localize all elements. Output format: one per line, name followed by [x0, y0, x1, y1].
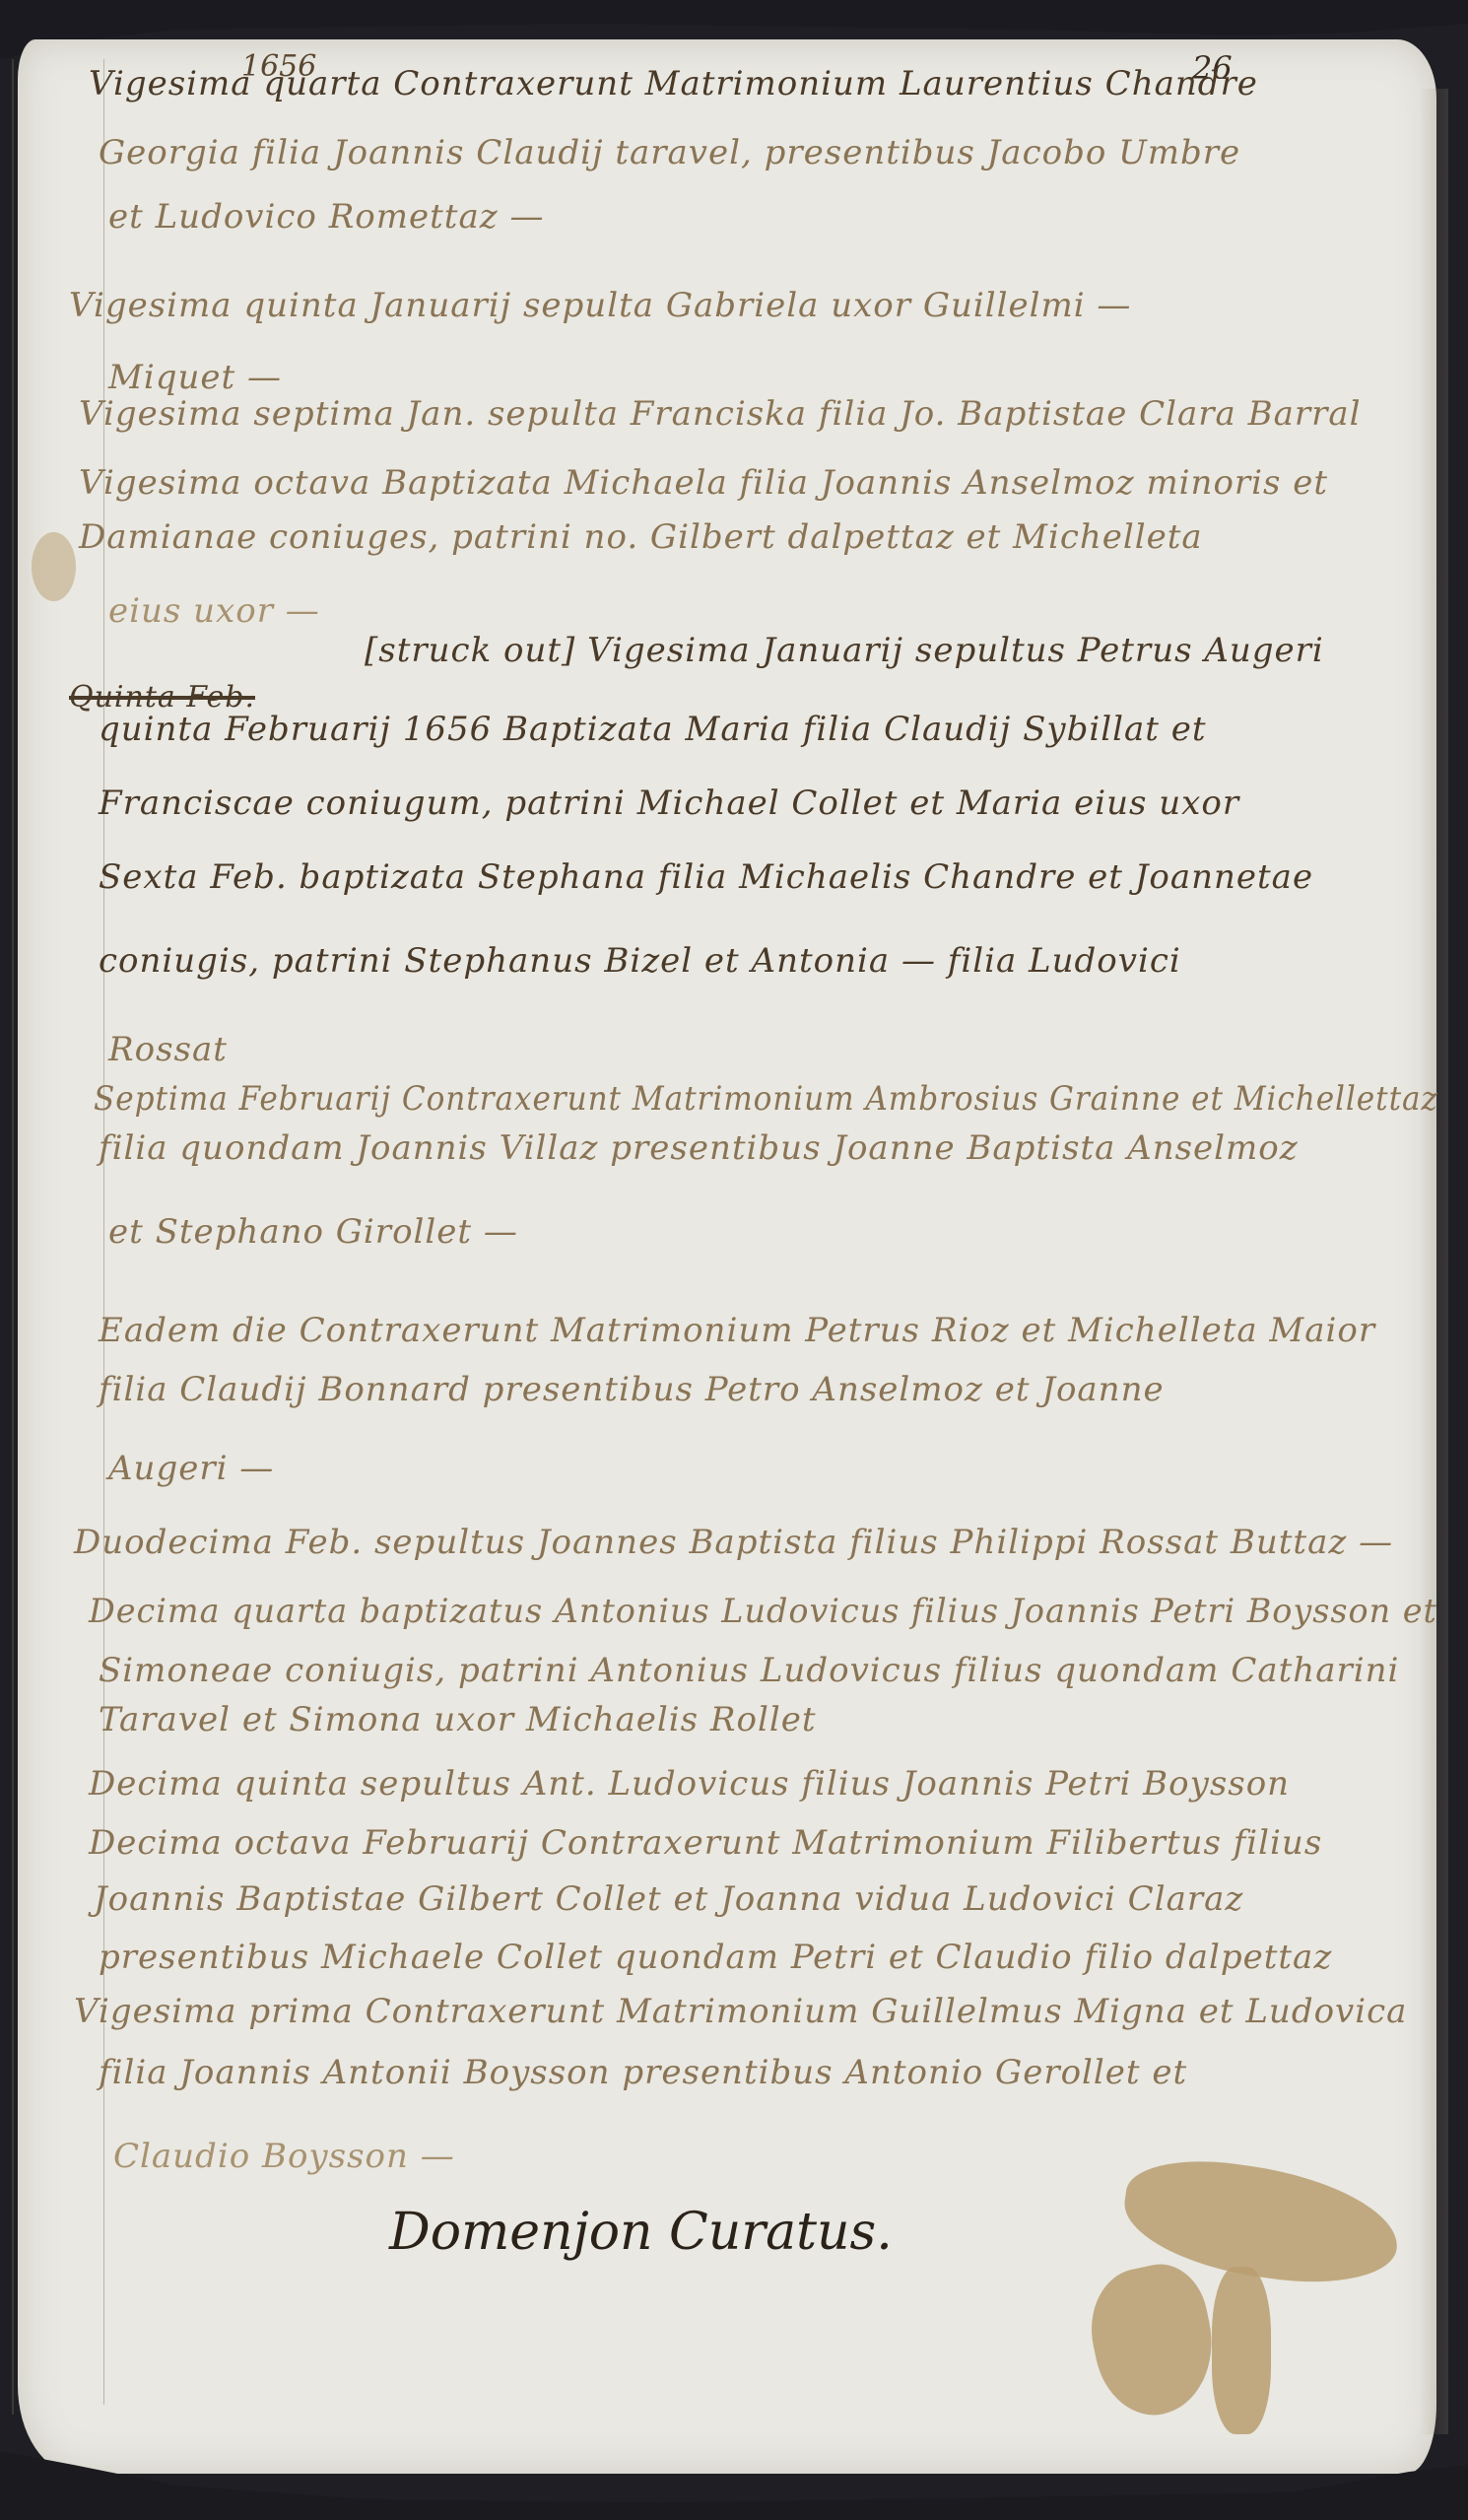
- entry-line: filia quondam Joannis Villaz presentibus…: [99, 1128, 1299, 1168]
- entry-line: Simoneae coniugis, patrini Antonius Ludo…: [99, 1651, 1399, 1690]
- entry-line: Augeri —: [108, 1449, 274, 1488]
- entry-line: Damianae coniuges, patrini no. Gilbert d…: [79, 517, 1203, 557]
- entry-line: filia Claudij Bonnard presentibus Petro …: [99, 1370, 1165, 1409]
- entry-line: Duodecima Feb. sepultus Joannes Baptista…: [74, 1523, 1393, 1562]
- entry-line: filia Joannis Antonii Boysson presentibu…: [99, 2053, 1187, 2092]
- entry-line: Vigesima prima Contraxerunt Matrimonium …: [74, 1992, 1407, 2031]
- entry-line: Decima quinta sepultus Ant. Ludovicus fi…: [89, 1764, 1290, 1804]
- entry-line: et Stephano Girollet —: [108, 1212, 518, 1252]
- entry-line: Georgia filia Joannis Claudij taravel, p…: [99, 133, 1240, 172]
- entry-line: presentibus Michaele Collet quondam Petr…: [99, 1938, 1332, 1977]
- entry-line: Vigesima quinta Januarij sepulta Gabriel…: [69, 286, 1131, 325]
- entry-line: Taravel et Simona uxor Michaelis Rollet: [99, 1700, 817, 1739]
- entry-line: Rossat: [108, 1030, 228, 1069]
- entry-line: [struck out] Vigesima Januarij sepultus …: [365, 631, 1324, 670]
- ink-stain-left: [32, 532, 76, 601]
- entry-line: Vigesima septima Jan. sepulta Franciska …: [79, 394, 1362, 434]
- binding-edge: [12, 59, 14, 2415]
- entry-line: Sexta Feb. baptizata Stephana filia Mich…: [99, 857, 1313, 897]
- curate-signature: Domenjon Curatus.: [389, 2203, 893, 2262]
- entry-line: et Ludovico Romettaz —: [108, 197, 544, 237]
- entry-line: Septima Februarij Contraxerunt Matrimoni…: [94, 1079, 1438, 1119]
- entry-line: eius uxor —: [108, 591, 320, 631]
- entry-line: Vigesima octava Baptizata Michaela filia…: [79, 463, 1328, 503]
- entry-line: quinta Februarij 1656 Baptizata Maria fi…: [99, 710, 1207, 749]
- entry-line: Joannis Baptistae Gilbert Collet et Joan…: [94, 1879, 1243, 1919]
- entry-line: Claudio Boysson —: [113, 2137, 455, 2176]
- water-stain: [1212, 2267, 1271, 2434]
- page-fold-shadow: [1419, 89, 1448, 2434]
- entry-line: coniugis, patrini Stephanus Bizel et Ant…: [99, 941, 1181, 981]
- entry-line: Decima quarta baptizatus Antonius Ludovi…: [89, 1592, 1437, 1631]
- entry-line: Eadem die Contraxerunt Matrimonium Petru…: [99, 1311, 1375, 1350]
- entry-line: Miquet —: [108, 358, 282, 397]
- entry-line: Decima octava Februarij Contraxerunt Mat…: [89, 1823, 1322, 1863]
- entry-line: Franciscae coniugum, patrini Michael Col…: [99, 783, 1239, 823]
- entry-line: Vigesima quarta Contraxerunt Matrimonium…: [89, 64, 1258, 103]
